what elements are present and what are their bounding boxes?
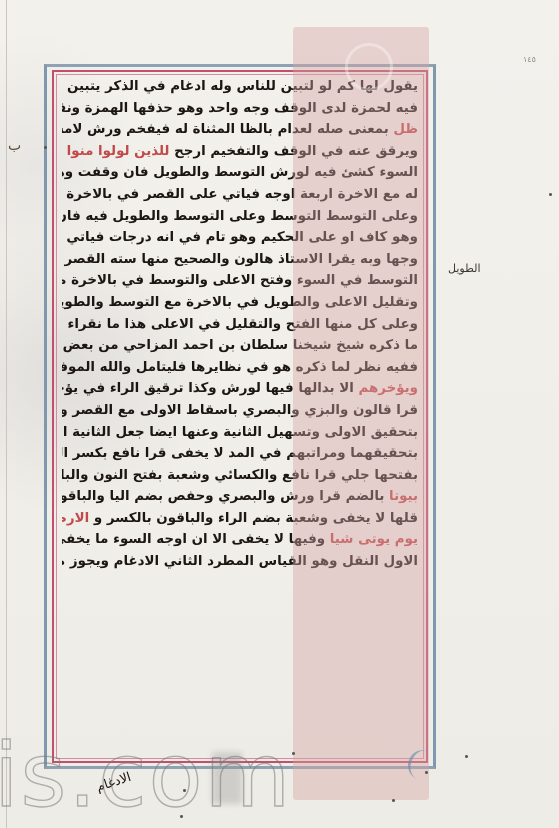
rubric-word: للذين لولوا منوا بالاخرة منزل السوء xyxy=(62,144,169,159)
ink-dot xyxy=(392,799,395,802)
page-edge-line xyxy=(6,0,7,828)
left-margin-mark: ب xyxy=(8,138,21,154)
ink-dot xyxy=(292,752,295,755)
rubric-word: الارض xyxy=(62,511,89,526)
pink-watermark-overlay xyxy=(293,27,429,800)
watermark-circle-icon xyxy=(345,43,393,91)
ink-dot xyxy=(44,146,47,149)
folio-number: ١٤٥ xyxy=(523,55,536,64)
site-watermark: is.com xyxy=(0,732,292,820)
ink-dot xyxy=(465,755,468,758)
margin-note: الطويل xyxy=(448,262,481,275)
ink-dot xyxy=(425,771,428,774)
line-text: وفيها لا يخفى الا ان اوجه السوء ما يخفى … xyxy=(62,532,325,547)
ink-dot xyxy=(549,193,552,196)
